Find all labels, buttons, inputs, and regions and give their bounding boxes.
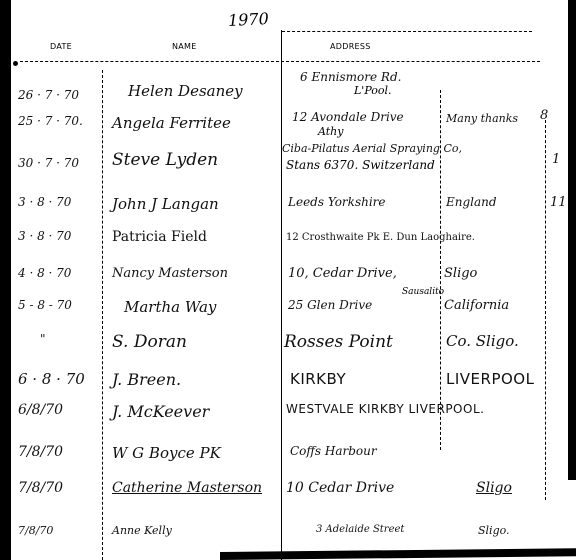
entry-address: Coffs Harbour — [290, 444, 377, 458]
entry-name: Helen Desaney — [128, 82, 243, 100]
entry-city: Sligo — [476, 480, 512, 496]
register-entry: " S. Doran Rosses Point Co. Sligo. — [0, 332, 576, 362]
register-entry: 7/8/70 W G Boyce PK Coffs Harbour — [0, 444, 576, 474]
entry-name: J. Breen. — [112, 370, 181, 389]
entry-city: Sligo — [444, 266, 477, 281]
entry-city: Co. Sligo. — [446, 332, 519, 350]
entry-address: KIRKBY — [290, 370, 346, 388]
entry-date: 7/8/70 — [18, 444, 63, 460]
entry-address: Leeds Yorkshire — [288, 195, 386, 209]
entry-address-line2: Stans 6370. Switzerland — [286, 158, 435, 172]
entry-mark: 1 — [552, 152, 560, 167]
entry-address: 10, Cedar Drive, — [288, 266, 397, 281]
entry-address: Ciba-Pilatus Aerial Spraying Co, — [282, 142, 462, 155]
entry-name: Martha Way — [124, 298, 216, 316]
entry-mark: 8 — [540, 108, 548, 123]
entry-date: 30 · 7 · 70 — [18, 156, 79, 170]
entry-address: 12 Crosthwaite Pk E. Dun Laoghaire. — [286, 232, 475, 243]
register-entry: 6 · 8 · 70 J. Breen. KIRKBY LIVERPOOL — [0, 370, 576, 400]
header-bottom-rule — [20, 61, 540, 62]
entry-address: WESTVALE KIRKBY LIVERPOOL. — [286, 402, 484, 416]
entry-name: Angela Ferritee — [112, 114, 231, 132]
entry-address: 25 Glen Drive — [288, 298, 372, 312]
register-entry: 4 · 8 · 70 Nancy Masterson 10, Cedar Dri… — [0, 266, 576, 296]
header-date: DATE — [50, 42, 72, 51]
entry-address: 12 Avondale Drive — [292, 110, 404, 124]
entry-date: 3 · 8 · 70 — [18, 195, 71, 209]
entry-name: Patricia Field — [112, 229, 207, 245]
entry-date: 6 · 8 · 70 — [18, 370, 85, 388]
entry-date: 7/8/70 — [18, 480, 63, 496]
entry-address-line2: Sausalito — [402, 287, 444, 297]
year-heading: 1970 — [228, 9, 270, 30]
entry-city: California — [444, 298, 509, 313]
entry-mark: 11 — [550, 195, 567, 210]
entry-address-line2: L'Pool. — [354, 84, 392, 97]
entry-name: Nancy Masterson — [112, 266, 228, 281]
entry-name: John J Langan — [112, 195, 219, 213]
register-entry: 25 · 7 · 70. Angela Ferritee 12 Avondale… — [0, 114, 576, 144]
entry-date: 3 · 8 · 70 — [18, 229, 71, 243]
entry-address-line2: Athy — [318, 125, 343, 138]
entry-date: " — [40, 332, 46, 346]
register-entry: 6/8/70 J. McKeever WESTVALE KIRKBY LIVER… — [0, 402, 576, 432]
register-entry: 5 - 8 - 70 Martha Way 25 Glen Drive Saus… — [0, 298, 576, 328]
register-entry: 30 · 7 · 70 Steve Lyden Ciba-Pilatus Aer… — [0, 148, 576, 178]
register-entry: 3 · 8 · 70 Patricia Field 12 Crosthwaite… — [0, 229, 576, 259]
register-page: 1970 DATE NAME ADDRESS 26 · 7 · 70 Helen… — [0, 0, 576, 560]
register-entry: 3 · 8 · 70 John J Langan Leeds Yorkshire… — [0, 195, 576, 225]
register-entry: 7/8/70 Catherine Masterson 10 Cedar Driv… — [0, 480, 576, 510]
entry-date: 26 · 7 · 70 — [18, 88, 79, 102]
entry-date: 5 - 8 - 70 — [18, 298, 72, 312]
entry-note: Many thanks — [446, 112, 518, 125]
header-address: ADDRESS — [330, 42, 371, 51]
entry-name: J. McKeever — [112, 402, 209, 421]
entry-address: 10 Cedar Drive — [286, 480, 394, 496]
entry-name: Steve Lyden — [112, 150, 218, 170]
entry-address: 3 Adelaide Street — [316, 524, 404, 535]
entry-name: Anne Kelly — [112, 524, 172, 537]
entry-address: 6 Ennismore Rd. — [300, 70, 401, 84]
entry-city: LIVERPOOL — [446, 370, 534, 388]
header-top-rule — [282, 31, 532, 32]
entry-date: 7/8/70 — [18, 524, 53, 537]
entry-name: Catherine Masterson — [112, 480, 262, 496]
entry-city: Sligo. — [478, 524, 510, 537]
entry-date: 6/8/70 — [18, 402, 63, 418]
entry-date: 4 · 8 · 70 — [18, 266, 71, 280]
entry-address: Rosses Point — [284, 332, 393, 352]
entry-city: England — [446, 195, 497, 209]
header-name: NAME — [172, 42, 197, 51]
entry-name: W G Boyce PK — [112, 444, 221, 462]
entry-name: S. Doran — [112, 332, 187, 352]
entry-date: 25 · 7 · 70. — [18, 114, 83, 128]
register-entry: 7/8/70 Anne Kelly 3 Adelaide Street Slig… — [0, 524, 576, 554]
register-entry: 26 · 7 · 70 Helen Desaney 6 Ennismore Rd… — [0, 82, 576, 112]
margin-dot — [13, 61, 18, 66]
